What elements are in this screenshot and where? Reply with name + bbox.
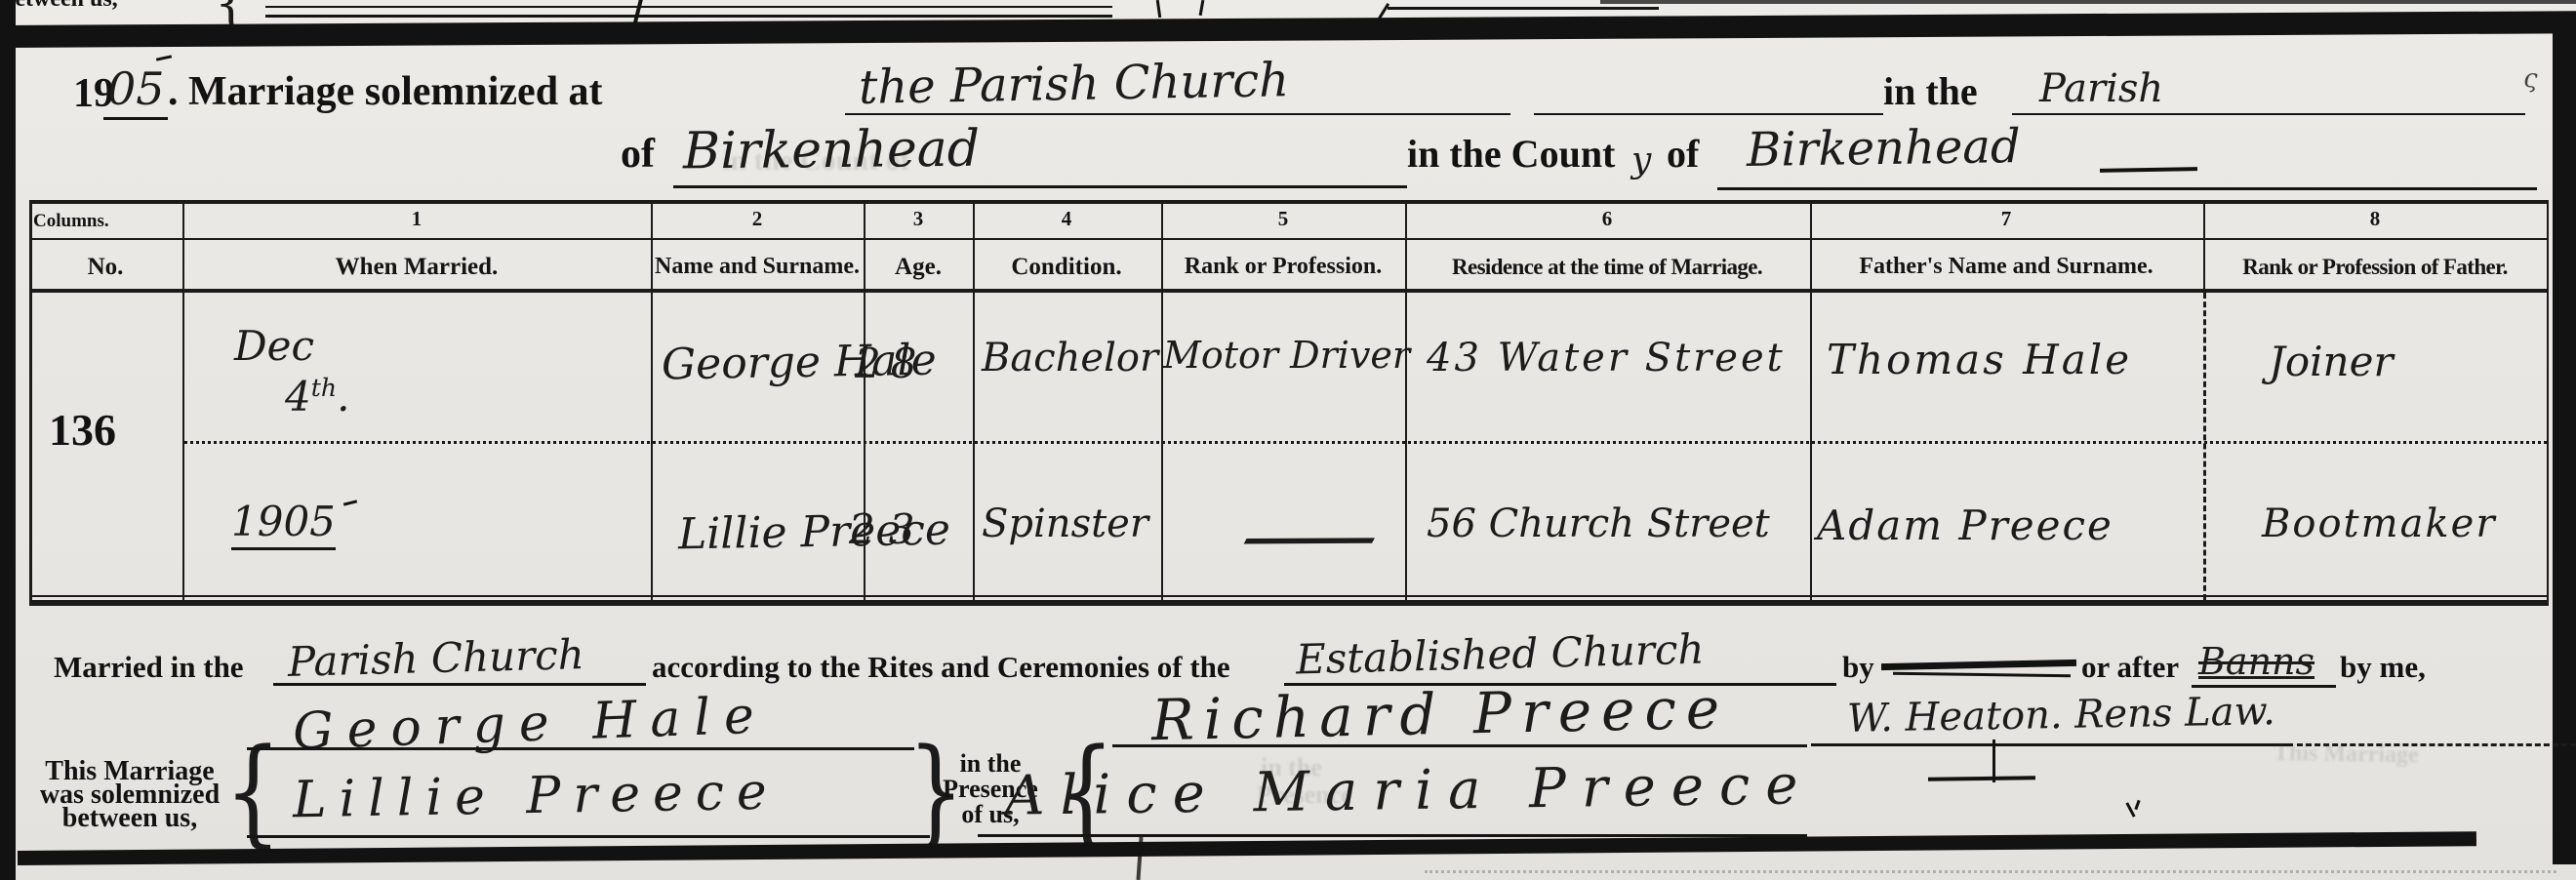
table-grid-line-dashed xyxy=(2203,293,2206,600)
fill-line xyxy=(2192,685,2336,688)
church-name-handwritten: the Parish Church xyxy=(859,53,1290,115)
fill-line xyxy=(1717,187,2537,190)
bride-father-rank: Bootmaker xyxy=(2262,501,2496,546)
groom-residence: 43 Water Street xyxy=(1427,336,1786,380)
bride-residence: 56 Church Street xyxy=(1427,501,1770,546)
pen-mark xyxy=(1156,0,1161,18)
officiant-signature: W. Heaton. Rens Law. xyxy=(1847,689,2275,741)
groom-when-day: 4th. xyxy=(285,373,349,420)
solemnized-label: . Marriage solemnized at xyxy=(168,68,603,115)
bride-condition: Spinster xyxy=(982,501,1148,546)
table-grid-line xyxy=(182,200,184,606)
pen-squiggle: ς xyxy=(2523,64,2538,94)
table-grid-line xyxy=(2547,200,2549,606)
column-number: 6 xyxy=(1588,207,1627,231)
column-number: 2 xyxy=(738,207,777,231)
column-number: 5 xyxy=(1264,207,1303,231)
table-bottom-border xyxy=(29,600,2547,606)
column-number: 7 xyxy=(1987,207,2026,231)
this-marriage-label-line3: between us, xyxy=(29,803,230,834)
marriage-register-scan: between us, { 19 05 . Marriage solemnize… xyxy=(0,0,2576,880)
bleedthrough-text: This Marriage xyxy=(2274,740,2419,770)
of-label: of xyxy=(621,131,655,178)
table-grid-line xyxy=(1161,200,1163,606)
left-frame-bar xyxy=(0,0,16,880)
column-header-no: No. xyxy=(47,254,164,281)
table-grid-line xyxy=(2203,200,2205,293)
bride-signature: Lillie Preece xyxy=(293,763,781,830)
table-grid-line xyxy=(29,200,32,606)
column-header-condition: Condition. xyxy=(988,254,1145,281)
witness1-signature: Richard Preece xyxy=(1150,675,1729,753)
pen-underline-flourish xyxy=(1928,776,2035,781)
fill-line xyxy=(273,683,646,686)
bride-when-year: 1905 xyxy=(231,498,336,550)
table-header-bottom-rule xyxy=(29,289,2547,293)
fill-line xyxy=(1534,113,1883,115)
table-grid-line xyxy=(973,200,975,606)
pen-mark xyxy=(1199,0,1205,16)
column-number: 1 xyxy=(397,207,436,231)
signature-line xyxy=(978,834,1807,837)
pen-mark xyxy=(343,500,357,505)
fill-line xyxy=(2012,113,2525,115)
strike-line xyxy=(1881,660,2076,670)
county-y-handwritten: y xyxy=(1631,140,1651,180)
officiant-signature-line xyxy=(1811,743,2293,746)
groom-father-name: Thomas Hale xyxy=(1827,336,2132,383)
column-header-rank: Rank or Profession. xyxy=(1171,254,1395,280)
banns-handwritten: Banns xyxy=(2198,640,2314,683)
pen-dash-tail xyxy=(2100,167,2197,173)
couple-brace-open: { xyxy=(224,724,282,860)
parish-handwritten: Birkenhead xyxy=(683,120,981,181)
fill-line xyxy=(845,113,1510,115)
according-to-rites-label: according to the Rites and Ceremonies of… xyxy=(652,650,1230,685)
column-header-residence: Residence at the time of Marriage. xyxy=(1408,255,1806,280)
previous-signature-line xyxy=(265,6,1112,8)
bride-age: 23 xyxy=(849,505,928,553)
previous-signature-line xyxy=(1388,7,1659,10)
previous-entry-between-us-label: between us, xyxy=(2,0,118,13)
rites-church-handwritten: Established Church xyxy=(1295,625,1705,684)
column-number: 3 xyxy=(899,207,938,231)
groom-age: 28 xyxy=(855,340,926,387)
strike-line xyxy=(1893,672,2071,678)
right-frame-bar xyxy=(2553,33,2576,864)
bride-rank-dash: — xyxy=(1235,510,1382,564)
table-rule xyxy=(29,238,2547,240)
column-number: 8 xyxy=(2355,207,2395,231)
pen-caret-mark xyxy=(2125,802,2135,818)
county-label-pre: in the Count xyxy=(1407,131,1615,177)
previous-signature-line xyxy=(265,15,1112,18)
entry-number: 136 xyxy=(49,404,116,456)
county-label-post: of xyxy=(1667,131,1699,177)
pen-caret-mark xyxy=(2134,800,2140,810)
in-the-label: in the xyxy=(1883,68,1978,114)
row-separator-dotted xyxy=(184,441,2547,444)
table-rule xyxy=(29,595,2547,597)
next-page-dotted-line xyxy=(1425,870,2556,873)
pen-mark xyxy=(156,55,172,60)
table-top-border xyxy=(29,200,2547,204)
table-grid-line xyxy=(651,200,653,606)
year-underline xyxy=(103,117,168,120)
by-me-label: by me, xyxy=(2340,650,2426,685)
previous-page-edge-line xyxy=(1600,0,2576,4)
bleedthrough-text: Presence xyxy=(1257,780,1352,810)
bleedthrough-text: in the xyxy=(1261,753,1322,782)
signature-line xyxy=(247,835,930,838)
witness2-signature: Alice Maria Preece xyxy=(1005,753,1814,828)
county-handwritten: Birkenhead xyxy=(1747,119,2021,178)
signature-line xyxy=(247,747,914,750)
column-header-when-married: When Married. xyxy=(270,254,563,281)
table-grid-line xyxy=(1405,200,1407,606)
column-header-name: Name and Surname. xyxy=(655,254,860,280)
column-header-father-rank: Rank or Profession of Father. xyxy=(2207,255,2543,280)
year-handwritten: 05 xyxy=(107,62,165,115)
groom-father-rank: Joiner xyxy=(2269,338,2394,385)
groom-when-month: Dec xyxy=(234,322,314,370)
married-in-label: Married in the xyxy=(54,650,244,685)
declaration-place-handwritten: Parish Church xyxy=(287,630,584,686)
table-grid-line xyxy=(1810,200,1812,606)
groom-rank: Motor Driver xyxy=(1163,334,1410,377)
columns-caption: Columns. xyxy=(33,211,109,232)
district-handwritten: Parish xyxy=(2039,66,2163,111)
by-label: by xyxy=(1842,650,1874,685)
fill-line xyxy=(673,185,1407,188)
column-header-father-name: Father's Name and Surname. xyxy=(1815,254,2197,280)
bride-father-name: Adam Preece xyxy=(1817,501,2113,549)
groom-condition: Bachelor xyxy=(982,336,1158,380)
column-header-age: Age. xyxy=(869,254,967,281)
column-number: 4 xyxy=(1047,207,1086,231)
signature-line xyxy=(1112,744,1807,747)
or-after-label: or after xyxy=(2081,650,2179,685)
